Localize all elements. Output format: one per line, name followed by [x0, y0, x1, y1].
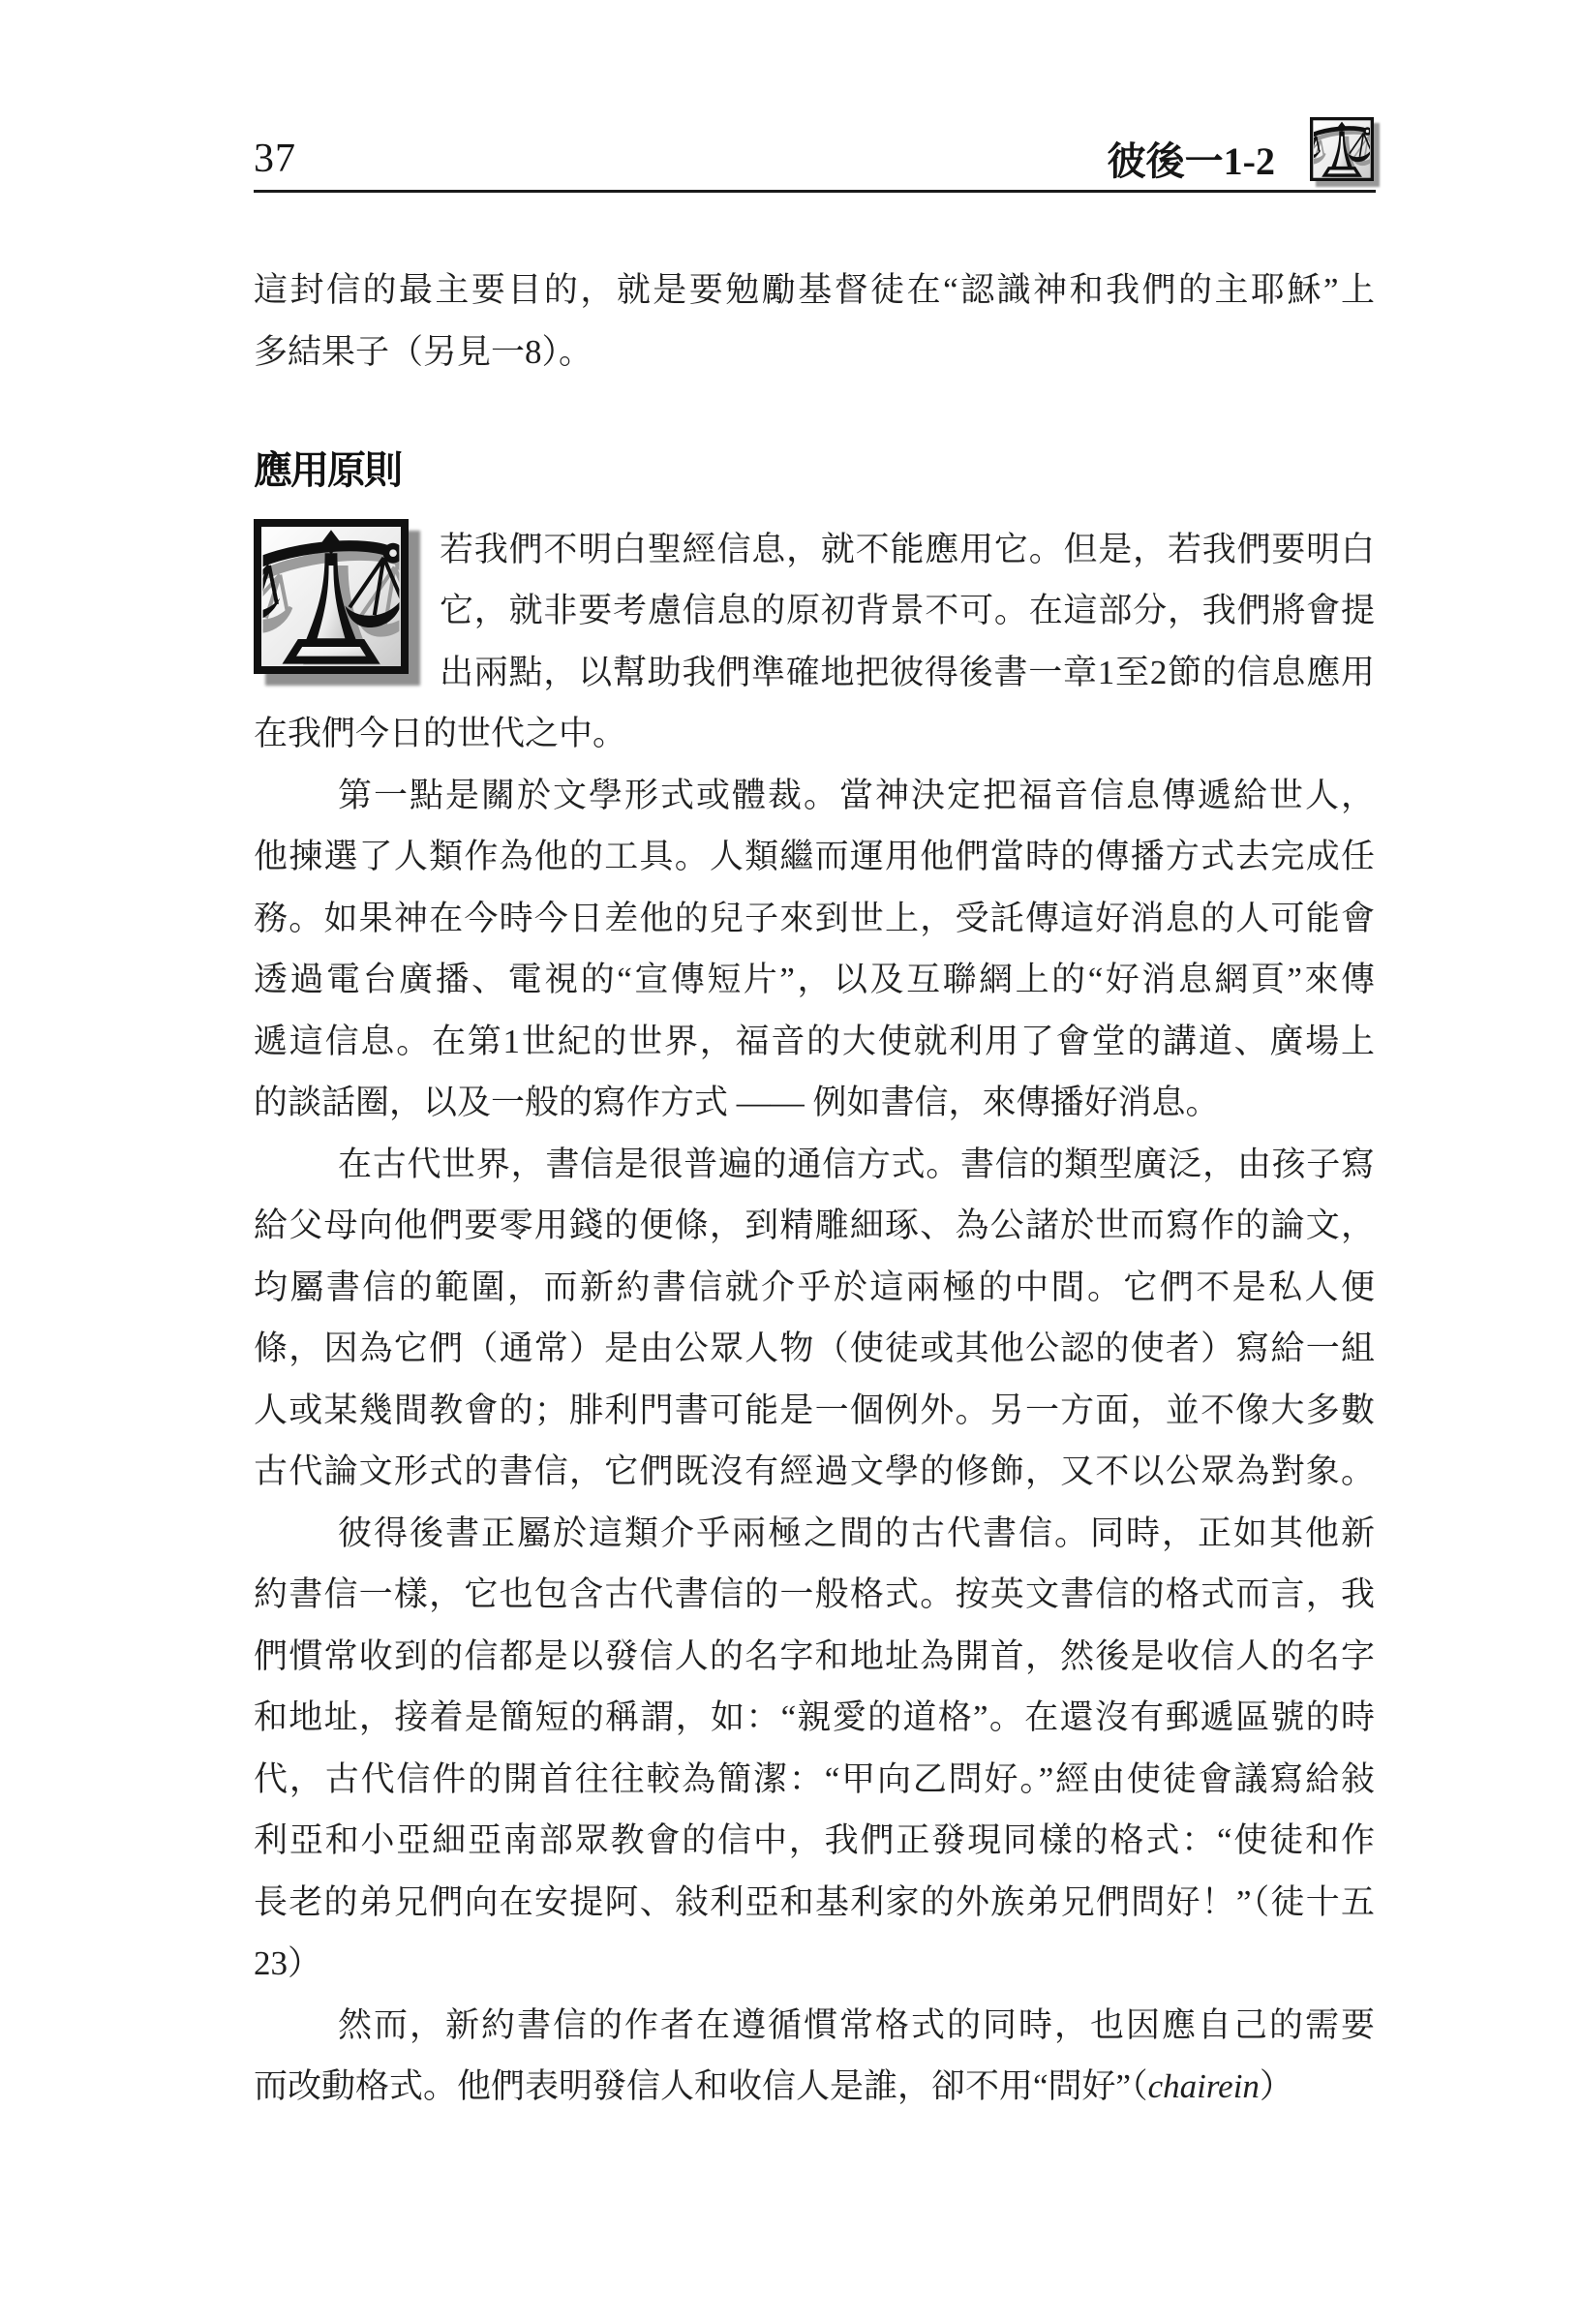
transliteration: chairein	[1148, 2067, 1260, 2105]
text-line: 古代論文形式的書信，它們既沒有經過文學的修飾，又不以公眾為對象。	[254, 1441, 1375, 1503]
text-line: 長老的弟兄們向在安提阿、敍利亞和基利家的外族弟兄們問好！”（徒十五	[254, 1872, 1375, 1934]
page-number: 37	[254, 138, 296, 180]
text-line: 條，因為它們（通常）是由公眾人物（使徒或其他公認的使者）寫給一組	[254, 1318, 1375, 1380]
text-line: 多結果子（另見一8）。	[254, 321, 1375, 383]
page-header: 37 彼後一1-2	[254, 0, 1376, 203]
paragraph: 彼得後書正屬於這類介乎兩極之間的古代書信。同時，正如其他新約書信一樣，它也包含古…	[254, 1503, 1375, 1995]
body-paragraphs: 第一點是關於文學形式或體裁。當神決定把福音信息傳遞給世人，他揀選了人類作為他的工…	[254, 765, 1375, 2118]
paragraph: 第一點是關於文學形式或體裁。當神決定把福音信息傳遞給世人，他揀選了人類作為他的工…	[254, 765, 1375, 1134]
section-heading: 應用原則	[254, 441, 1375, 503]
text-line: 這封信的最主要目的，就是要勉勵基督徒在“認識神和我們的主耶穌”上	[254, 260, 1375, 321]
scales-illustration	[254, 519, 409, 674]
text-line: 在古代世界，書信是很普遍的通信方式。書信的類型廣泛，由孩子寫	[254, 1134, 1375, 1196]
text-line: 彼得後書正屬於這類介乎兩極之間的古代書信。同時，正如其他新	[254, 1503, 1375, 1565]
text-line: 然而，新約書信的作者在遵循慣常格式的同時，也因應自己的需要	[254, 1995, 1375, 2057]
text-line: 他揀選了人類作為他的工具。人類繼而運用他們當時的傳播方式去完成任	[254, 826, 1375, 888]
paragraph: 然而，新約書信的作者在遵循慣常格式的同時，也因應自己的需要而改動格式。他們表明發…	[254, 1995, 1375, 2118]
text-line: 它，就非要考慮信息的原初背景不可。在這部分，我們將會提	[254, 580, 1375, 642]
text-line: 給父母向他們要零用錢的便條，到精雕細琢、為公諸於世而寫作的論文，	[254, 1195, 1375, 1257]
text-line: 均屬書信的範圍，而新約書信就介乎於這兩極的中間。它們不是私人便	[254, 1257, 1375, 1319]
text-line: 而改動格式。他們表明發信人和收信人是誰，卻不用“問好”（chairein）	[254, 2056, 1375, 2118]
book-page: 37 彼後一1-2 這封信的最主要目的，就是要勉勵基督徒在“認識神和我們的主耶穌…	[0, 0, 1580, 2324]
text-line: 出兩點，以幫助我們準確地把彼得後書一章1至2節的信息應用	[254, 642, 1375, 704]
text-line: 在我們今日的世代之中。	[254, 703, 1375, 765]
text-line: 務。如果神在今時今日差他的兒子來到世上，受託傳這好消息的人可能會	[254, 888, 1375, 950]
text-line: 23）	[254, 1933, 1375, 1995]
text-line: 利亞和小亞細亞南部眾教會的信中，我們正發現同樣的格式：“使徒和作	[254, 1810, 1375, 1872]
text-line: 人或某幾間教會的；腓利門書可能是一個例外。另一方面，並不像大多數	[254, 1380, 1375, 1442]
text-line: 的談話圈，以及一般的寫作方式 —— 例如書信，來傳播好消息。	[254, 1072, 1375, 1134]
scales-icon	[1310, 117, 1374, 181]
text-line: 第一點是關於文學形式或體裁。當神決定把福音信息傳遞給世人，	[254, 765, 1375, 827]
paragraph: 在古代世界，書信是很普遍的通信方式。書信的類型廣泛，由孩子寫給父母向他們要零用錢…	[254, 1134, 1375, 1503]
running-head-title: 彼後一1-2	[1108, 141, 1275, 182]
text-line: 透過電台廣播、電視的“宣傳短片”，以及互聯網上的“好消息網頁”來傳	[254, 949, 1375, 1011]
header-rule	[254, 190, 1376, 193]
text-line: 代，古代信件的開首往往較為簡潔：“甲向乙問好。”經由使徒會議寫給敍	[254, 1749, 1375, 1811]
text-line: 和地址，接着是簡短的稱謂，如：“親愛的道格”。在還沒有郵遞區號的時	[254, 1687, 1375, 1749]
application-paragraph: 若我們不明白聖經信息，就不能應用它。但是，若我們要明白它，就非要考慮信息的原初背…	[254, 519, 1375, 765]
intro-paragraph: 這封信的最主要目的，就是要勉勵基督徒在“認識神和我們的主耶穌”上多結果子（另見一…	[254, 260, 1375, 382]
text-line: 若我們不明白聖經信息，就不能應用它。但是，若我們要明白	[254, 519, 1375, 581]
text-line: 遞這信息。在第1世紀的世界，福音的大使就利用了會堂的講道、廣場上	[254, 1011, 1375, 1073]
text-line: 約書信一樣，它也包含古代書信的一般格式。按英文書信的格式而言，我	[254, 1564, 1375, 1626]
text-block: 這封信的最主要目的，就是要勉勵基督徒在“認識神和我們的主耶穌”上多結果子（另見一…	[254, 260, 1375, 2118]
text-line: 們慣常收到的信都是以發信人的名字和地址為開首，然後是收信人的名字	[254, 1626, 1375, 1688]
